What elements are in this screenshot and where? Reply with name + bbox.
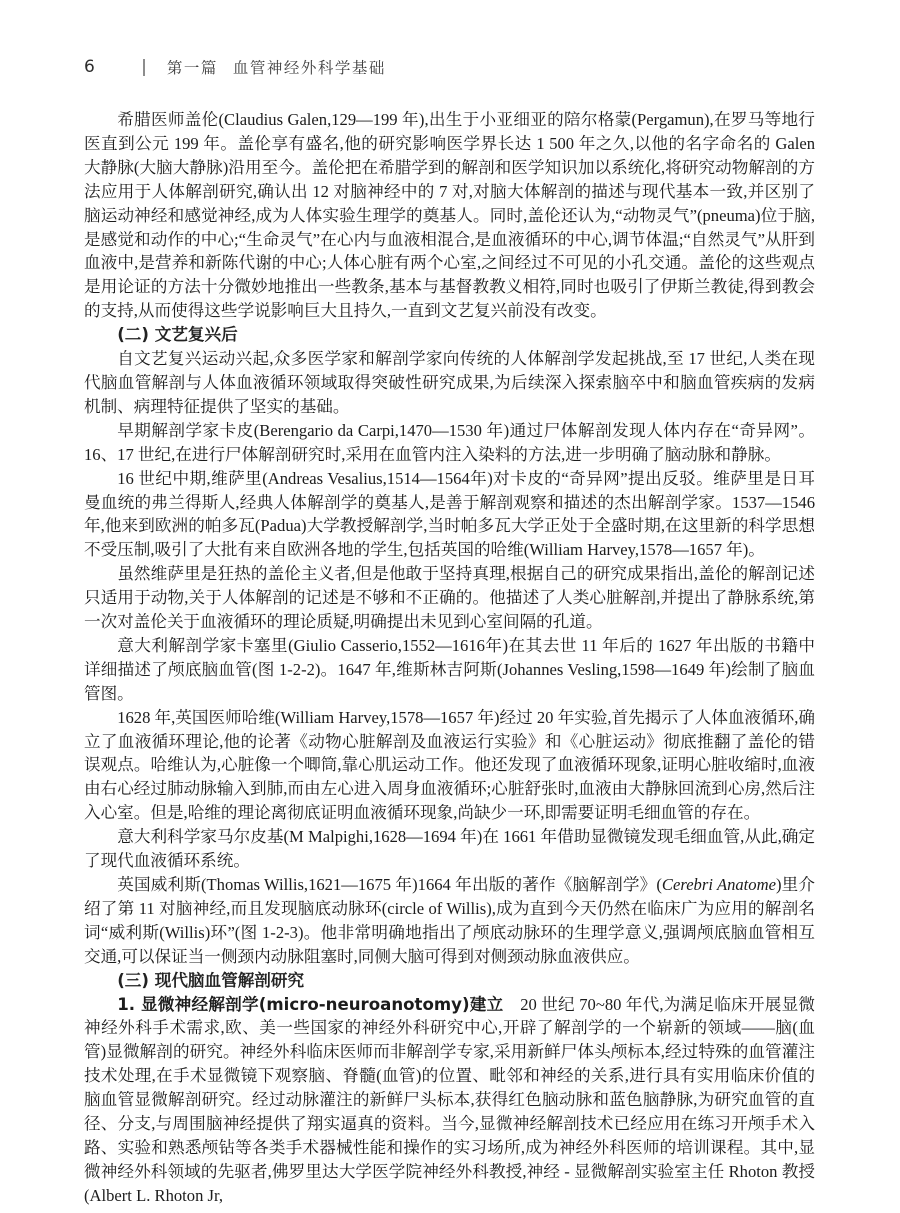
running-header: 6 第一篇 血管神经外科学基础 — [84, 56, 816, 78]
text-run: 16 世纪中期,维萨里(Andreas Vesalius,1514—1564年)… — [84, 469, 815, 560]
page-body: 希腊医师盖伦(Claudius Galen,129—199 年),出生于小亚细亚… — [84, 108, 815, 1208]
text-run-italic: Cerebri Anatome — [662, 875, 776, 894]
text-run: 意大利解剖学家卡塞里(Giulio Casserio,1552—1616年)在其… — [84, 636, 815, 703]
text-run: (二) 文艺复兴后 — [117, 325, 238, 344]
text-run: 意大利科学家马尔皮基(M Malpighi,1628—1694 年)在 1661… — [84, 827, 815, 870]
paragraph-renaissance-intro: 自文艺复兴运动兴起,众多医学家和解剖学家向传统的人体解剖学发起挑战,至 17 世… — [84, 347, 815, 419]
text-run: 虽然维萨里是狂热的盖伦主义者,但是他敢于坚持真理,根据自己的研究成果指出,盖伦的… — [84, 564, 815, 631]
text-run: 希腊医师盖伦(Claudius Galen,129—199 年),出生于小亚细亚… — [84, 110, 815, 320]
paragraph-harvey: 1628 年,英国医师哈维(William Harvey,1578—1657 年… — [84, 706, 815, 826]
text-run: 自文艺复兴运动兴起,众多医学家和解剖学家向传统的人体解剖学发起挑战,至 17 世… — [84, 349, 815, 416]
paragraph-malpighi: 意大利科学家马尔皮基(M Malpighi,1628—1694 年)在 1661… — [84, 825, 815, 873]
paragraph-vesalius-critique: 虽然维萨里是狂热的盖伦主义者,但是他敢于坚持真理,根据自己的研究成果指出,盖伦的… — [84, 562, 815, 634]
text-run: 1628 年,英国医师哈维(William Harvey,1578—1657 年… — [84, 708, 815, 823]
section-label: 第一篇 — [167, 56, 218, 78]
text-run: 英国威利斯(Thomas Willis,1621—1675 年)1664 年出版… — [117, 875, 662, 894]
text-run-bold: 1. 显微神经解剖学(micro-neuroanotomy)建立 — [117, 995, 503, 1014]
subheading-renaissance: (二) 文艺复兴后 — [84, 323, 815, 347]
text-run: 早期解剖学家卡皮(Berengario da Carpi,1470—1530 年… — [84, 421, 815, 464]
section-title: 血管神经外科学基础 — [233, 56, 386, 78]
paragraph-carpi: 早期解剖学家卡皮(Berengario da Carpi,1470—1530 年… — [84, 419, 815, 467]
page-number: 6 — [84, 57, 95, 77]
header-divider — [143, 59, 145, 76]
paragraph-galen: 希腊医师盖伦(Claudius Galen,129—199 年),出生于小亚细亚… — [84, 108, 815, 323]
paragraph-casserio: 意大利解剖学家卡塞里(Giulio Casserio,1552—1616年)在其… — [84, 634, 815, 706]
text-run: (三) 现代脑血管解剖研究 — [117, 971, 304, 990]
paragraph-micro-neuroanatomy: 1. 显微神经解剖学(micro-neuroanotomy)建立 20 世纪 7… — [84, 993, 815, 1208]
text-run: 20 世纪 70~80 年代,为满足临床开展显微神经外科手术需求,欧、美一些国家… — [84, 995, 815, 1205]
paragraph-vesalius: 16 世纪中期,维萨里(Andreas Vesalius,1514—1564年)… — [84, 467, 815, 563]
paragraph-willis: 英国威利斯(Thomas Willis,1621—1675 年)1664 年出版… — [84, 873, 815, 969]
book-page: 6 第一篇 血管神经外科学基础 希腊医师盖伦(Claudius Galen,12… — [0, 0, 900, 1213]
subheading-modern-research: (三) 现代脑血管解剖研究 — [84, 969, 815, 993]
